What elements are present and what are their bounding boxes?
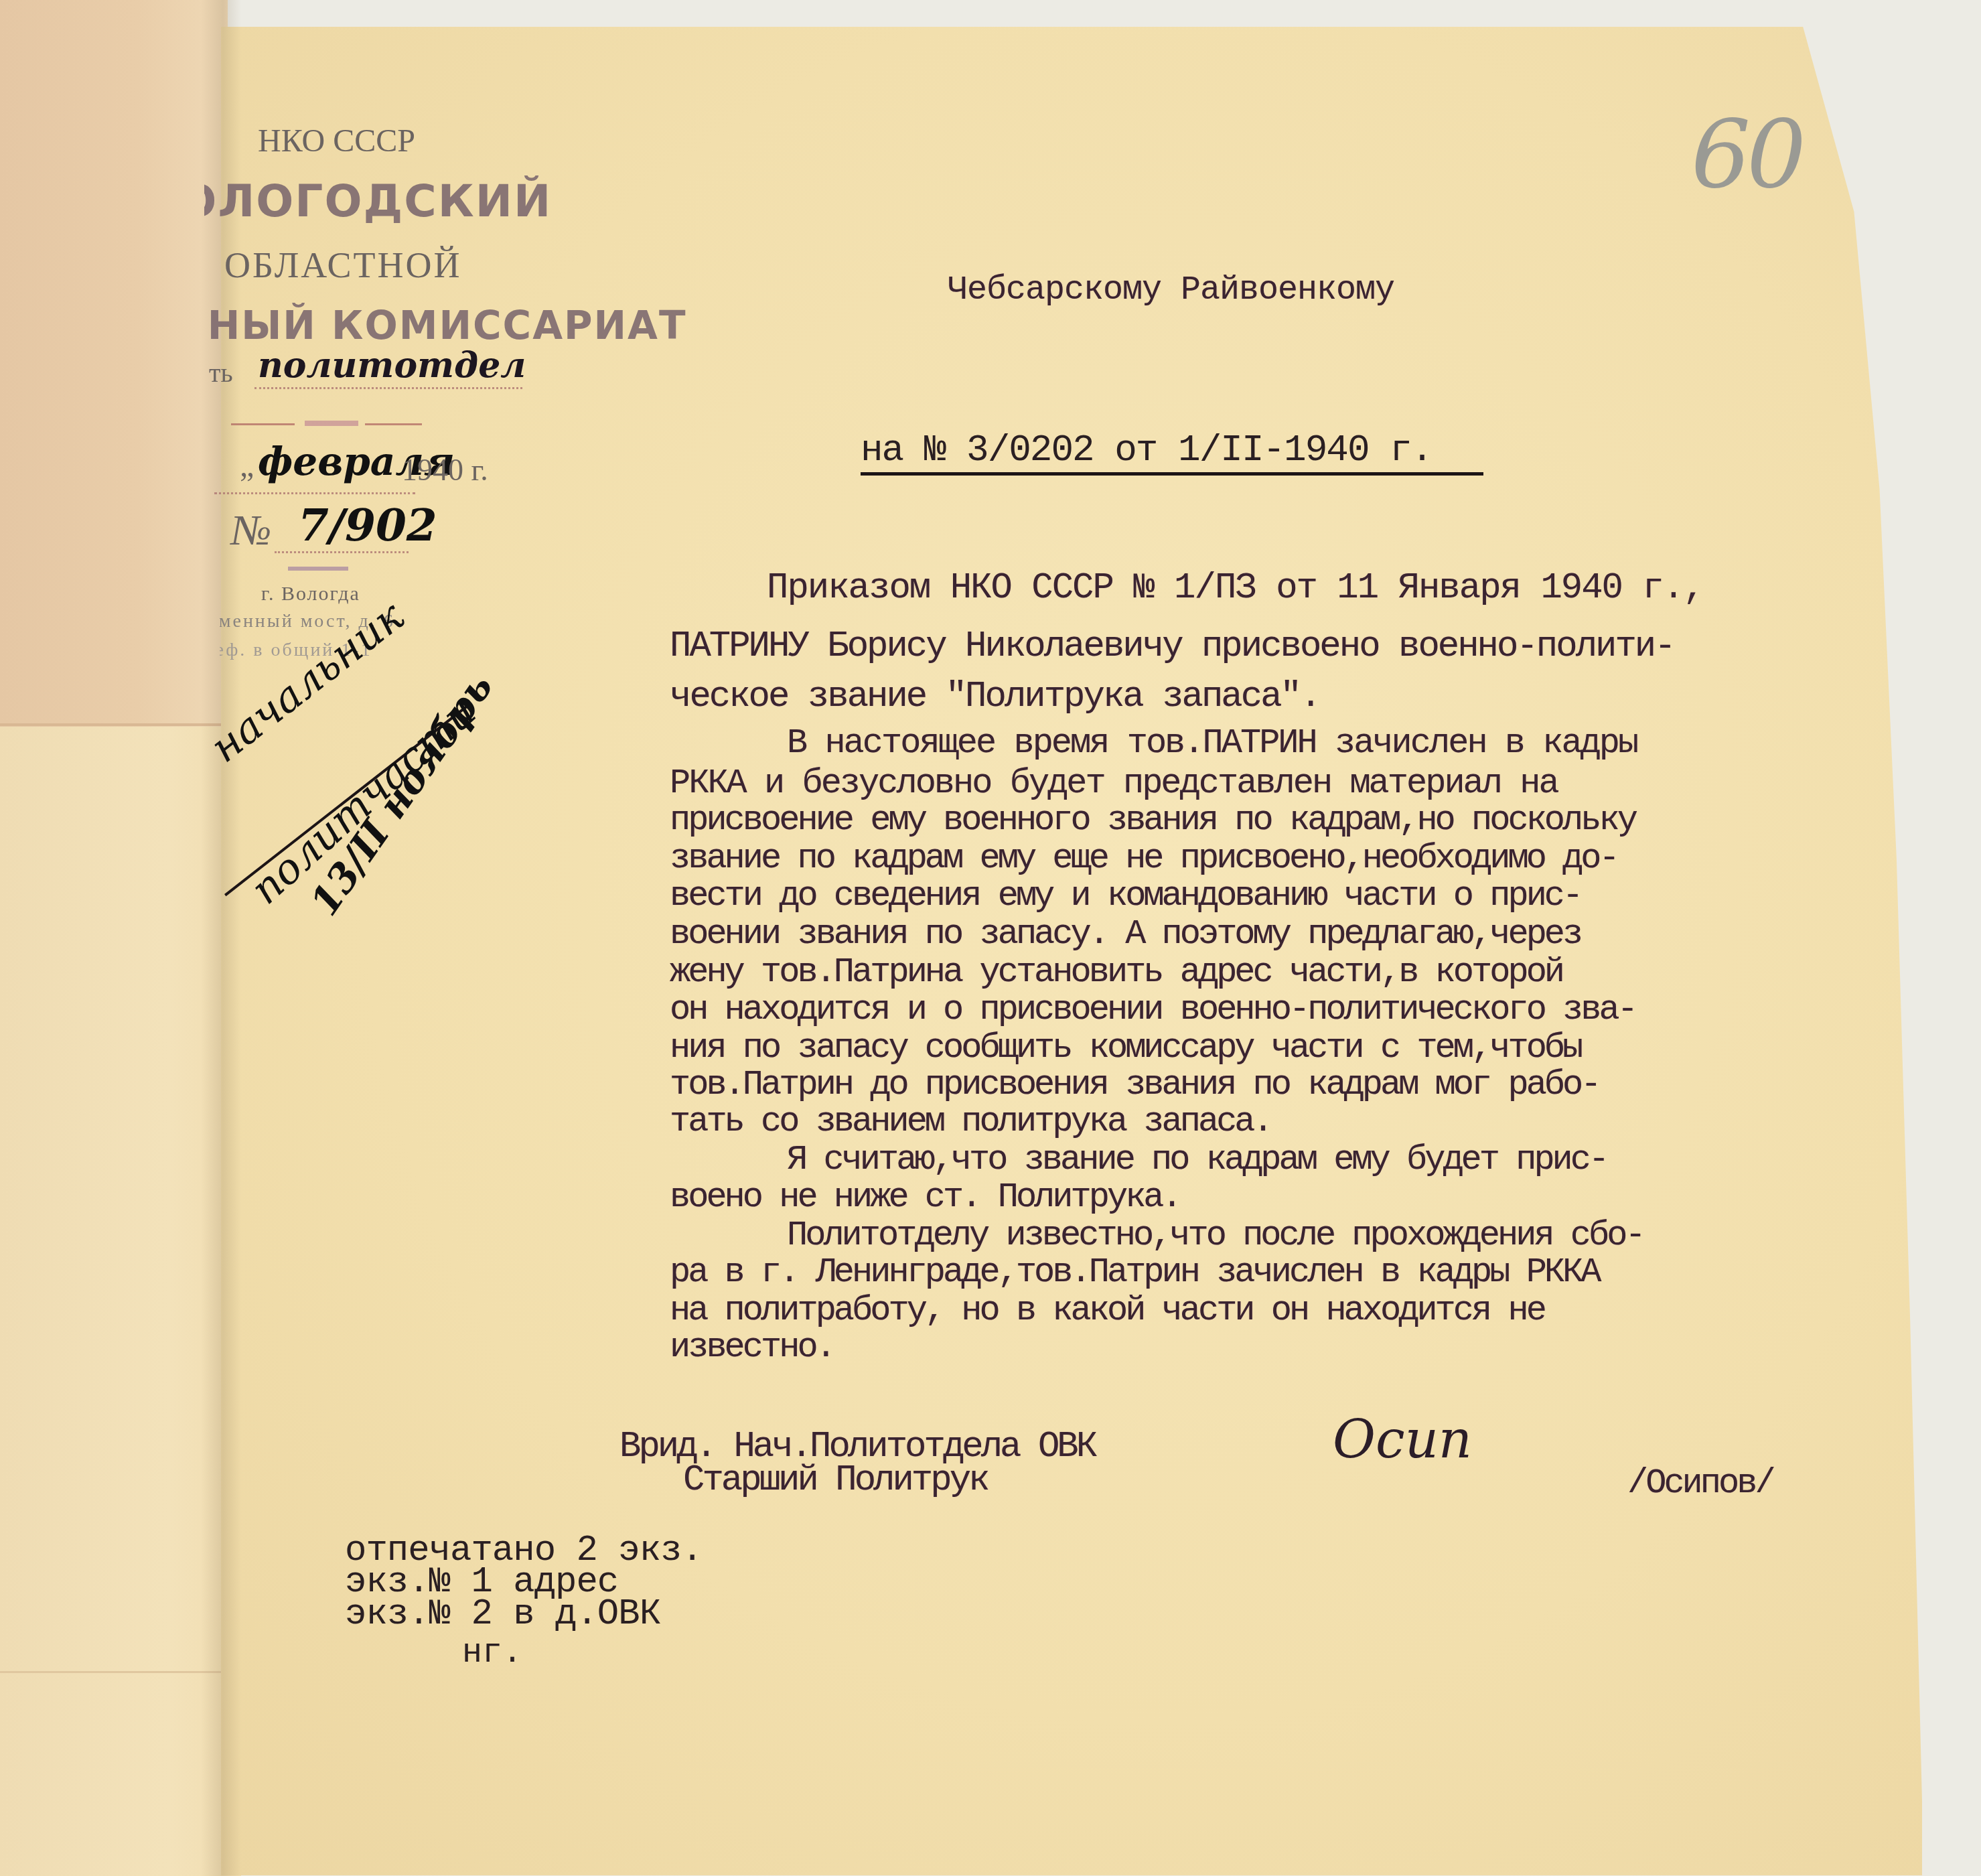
stamp-number-handwritten: 7/902 bbox=[298, 499, 437, 551]
reference-underline bbox=[861, 472, 1483, 476]
signature-handwritten: Осип bbox=[1333, 1410, 1472, 1470]
signature-title-line-2: Старший Политрук bbox=[683, 1460, 987, 1501]
body-line: ра в г. Ленинграде,тов.Патрин зачислен в… bbox=[670, 1252, 1599, 1292]
binder-page-top bbox=[0, 0, 228, 727]
stamp-part-handwritten: политотдел bbox=[258, 345, 526, 386]
body-line: известно. bbox=[670, 1327, 834, 1367]
body-line: воении звания по запасу. А поэтому предл… bbox=[670, 914, 1581, 954]
stamp-line-region: ВОЛОГОДСКИЙ bbox=[144, 175, 552, 227]
body-line: на политработу, но в какой части он нахо… bbox=[670, 1291, 1544, 1330]
body-line: воено не ниже ст. Политрука. bbox=[670, 1177, 1180, 1217]
body-line: ческое звание "Политрука запаса". bbox=[670, 676, 1319, 717]
signature-name: /Осипов/ bbox=[1627, 1463, 1773, 1503]
body-line: вести до сведения ему и командованию час… bbox=[670, 876, 1581, 916]
stamp-part-label: ть bbox=[209, 357, 233, 388]
body-line: ния по запасу сообщить комиссару части с… bbox=[670, 1028, 1581, 1068]
reference-line: на № 3/0202 от 1/II-1940 г. bbox=[861, 429, 1432, 472]
stamp-number-underline bbox=[275, 551, 409, 553]
body-line: он находится и о присвоении военно-полит… bbox=[670, 990, 1635, 1029]
stamp-number-bar bbox=[288, 567, 348, 571]
stamp-line-oblast: ОБЛАСТНОЙ bbox=[224, 244, 462, 286]
body-line: звание по кадрам ему еще не присвоено,не… bbox=[670, 839, 1617, 878]
body-line: тов.Патрин до присвоения звания по кадра… bbox=[670, 1065, 1599, 1104]
binder-divider bbox=[0, 723, 228, 726]
addressee: Чебсарскому Райвоенкому bbox=[948, 271, 1394, 309]
body-line: Я считаю,что звание по кадрам ему будет … bbox=[787, 1140, 1607, 1179]
stamp-part-underline bbox=[254, 387, 522, 389]
stamp-city: г. Вологда bbox=[261, 583, 360, 605]
body-line: В настоящее время тов.ПАТРИН зачислен в … bbox=[787, 723, 1637, 763]
footer-line-typist: нг. bbox=[462, 1634, 522, 1672]
stamp-date-quote: „ bbox=[240, 447, 254, 484]
stamp-date-year: 1940 г. bbox=[402, 452, 488, 488]
body-line: Приказом НКО СССР № 1/ПЗ от 11 Января 19… bbox=[767, 568, 1704, 609]
page-number-pencil: 60 bbox=[1691, 100, 1802, 210]
stamp-divider-right bbox=[365, 423, 422, 425]
body-line: РККА и безусловно будет представлен мате… bbox=[670, 764, 1558, 803]
stamp-number-label: № bbox=[231, 506, 271, 555]
body-line: Политотделу известно,что после прохожден… bbox=[787, 1216, 1643, 1255]
body-line: тать со званием политрука запаса. bbox=[670, 1102, 1271, 1141]
body-line: жену тов.Патрина установить адрес части,… bbox=[670, 952, 1562, 992]
body-line: ПАТРИНУ Борису Николаевичу присвоено вое… bbox=[670, 626, 1674, 667]
body-line: присвоение ему военного звания по кадрам… bbox=[670, 800, 1635, 840]
stamp-divider-mid bbox=[305, 421, 358, 426]
footer-line-copy-2: экз.№ 2 в д.ОВК bbox=[345, 1594, 660, 1635]
stamp-date-underline bbox=[214, 492, 415, 494]
stamp-divider-left bbox=[231, 423, 295, 425]
stamp-line-nko: НКО СССР bbox=[258, 123, 415, 159]
